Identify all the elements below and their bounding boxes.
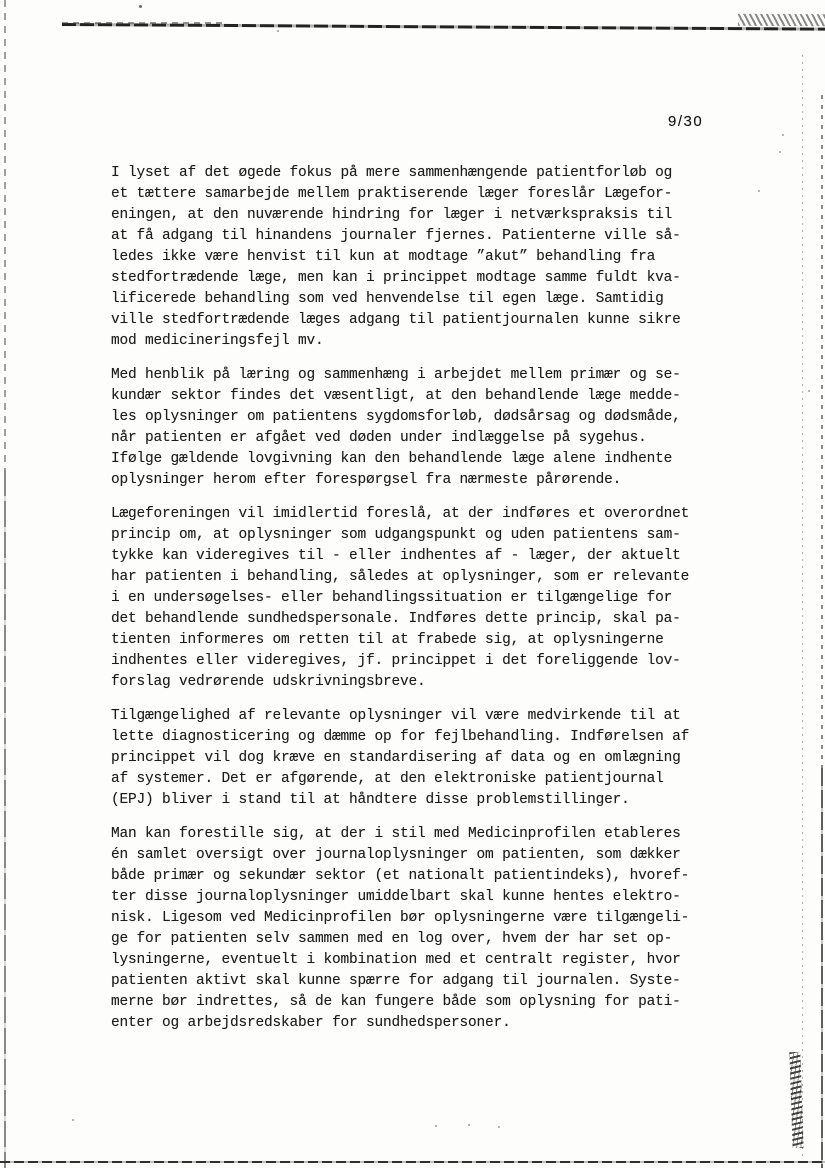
document-body: I lyset af det øgede fokus på mere samme… — [111, 163, 711, 1047]
left-page-edge-solid-line — [4, 470, 6, 1168]
scanned-document-page: 9/30 I lyset af det øgede fokus på mere … — [0, 0, 825, 1168]
scan-noise-squiggle — [789, 1052, 803, 1148]
paragraph-2: Med henblik på læring og sammenhæng i ar… — [111, 365, 711, 491]
top-page-edge-scan-line — [62, 23, 825, 31]
scan-speckle — [435, 1125, 437, 1127]
right-dotted-scan-line — [802, 55, 803, 1168]
bottom-page-edge-scan-line — [0, 1161, 825, 1163]
scan-speckle — [808, 390, 810, 392]
scan-speckle — [779, 151, 781, 153]
paragraph-4: Tilgængelighed af relevante oplysninger … — [111, 706, 711, 811]
scan-speckle — [277, 30, 279, 32]
scan-speckle — [498, 1126, 500, 1128]
top-page-edge-scan-line-faint — [62, 22, 222, 24]
scan-speckle — [782, 134, 784, 136]
paragraph-3: Lægeforeningen vil imidlertid foreslå, a… — [111, 504, 711, 693]
left-page-edge-dashed-line — [4, 0, 6, 470]
top-right-scan-hatch-marks — [738, 14, 825, 27]
right-page-edge-dashed-line — [821, 768, 823, 1168]
page-number: 9/30 — [668, 113, 703, 130]
paragraph-1: I lyset af det øgede fokus på mere samme… — [111, 163, 711, 352]
paragraph-5: Man kan forestille sig, at der i stil me… — [111, 824, 711, 1034]
right-page-edge-dotted-line — [821, 95, 823, 768]
scan-speckle — [72, 1119, 74, 1121]
scan-speckle — [468, 1124, 470, 1126]
scan-speckle — [139, 5, 142, 8]
scan-speckle — [758, 190, 760, 192]
